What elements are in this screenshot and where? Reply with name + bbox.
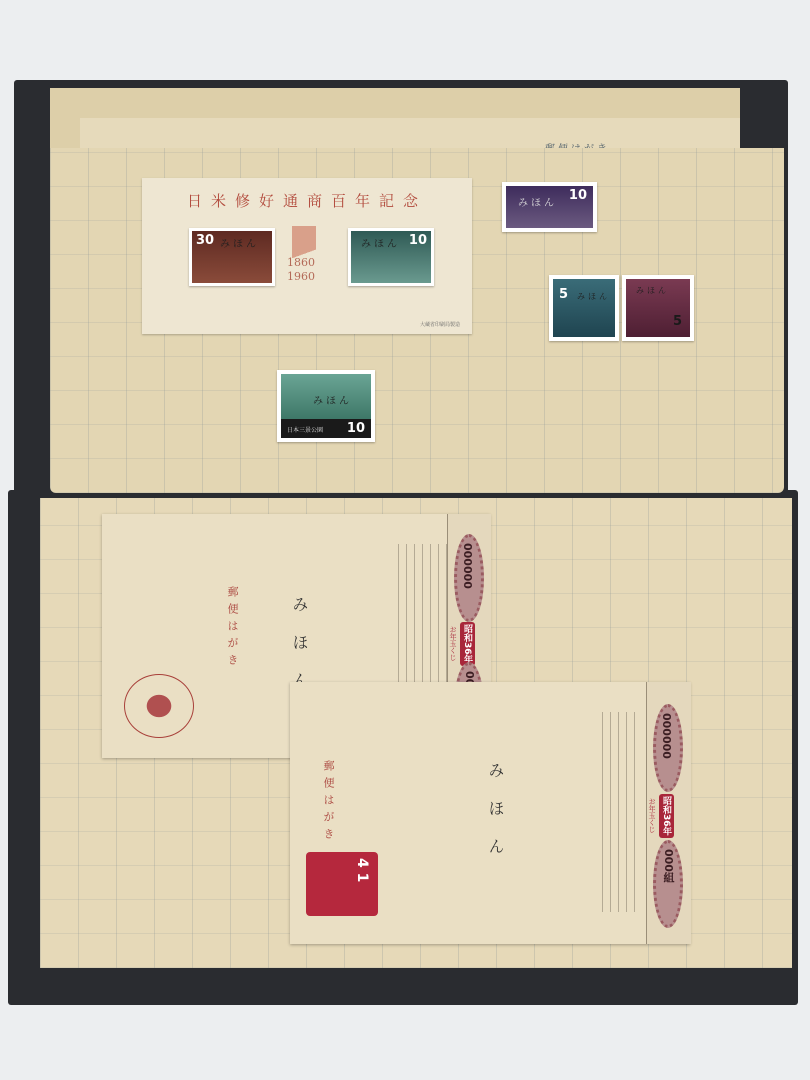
postcard-2-lottery: 000000 昭和36年 お年玉くじ 000組 [646,682,691,944]
gymnastics-stamp: みほん 5 [622,275,694,341]
souvenir-sheet-title: 日米修好通商百年記念 [142,190,472,211]
sheet-imprint: 大蔵省印刷局製造 [420,321,460,328]
postcard-2-overprint: みほん [484,762,507,876]
sheet-stamp-30: 30 みほん [189,228,275,286]
souvenir-sheet: 日米修好通商百年記念 30 みほん 1860 1960 みほん 10 大蔵省印刷… [142,178,472,334]
postcard-1-indicium [124,674,194,738]
sheet-years: 1860 1960 [287,256,315,284]
postcard-2: 4 1 郵便はがき みほん 000000 昭和36年 お年玉くじ 000組 [290,682,690,944]
postcard-2-label: 郵便はがき [320,760,336,845]
postcard-2-notice [602,712,642,912]
mountain-stamp: みほん 日本三景公園 10 [277,370,375,442]
sheet-stamp-10: みほん 10 [348,228,434,286]
postcard-1-label: 郵便はがき [224,586,240,671]
kendo-stamp: 5 みほん [549,275,619,341]
purple-landscape-stamp: みほん 10 [502,182,597,232]
